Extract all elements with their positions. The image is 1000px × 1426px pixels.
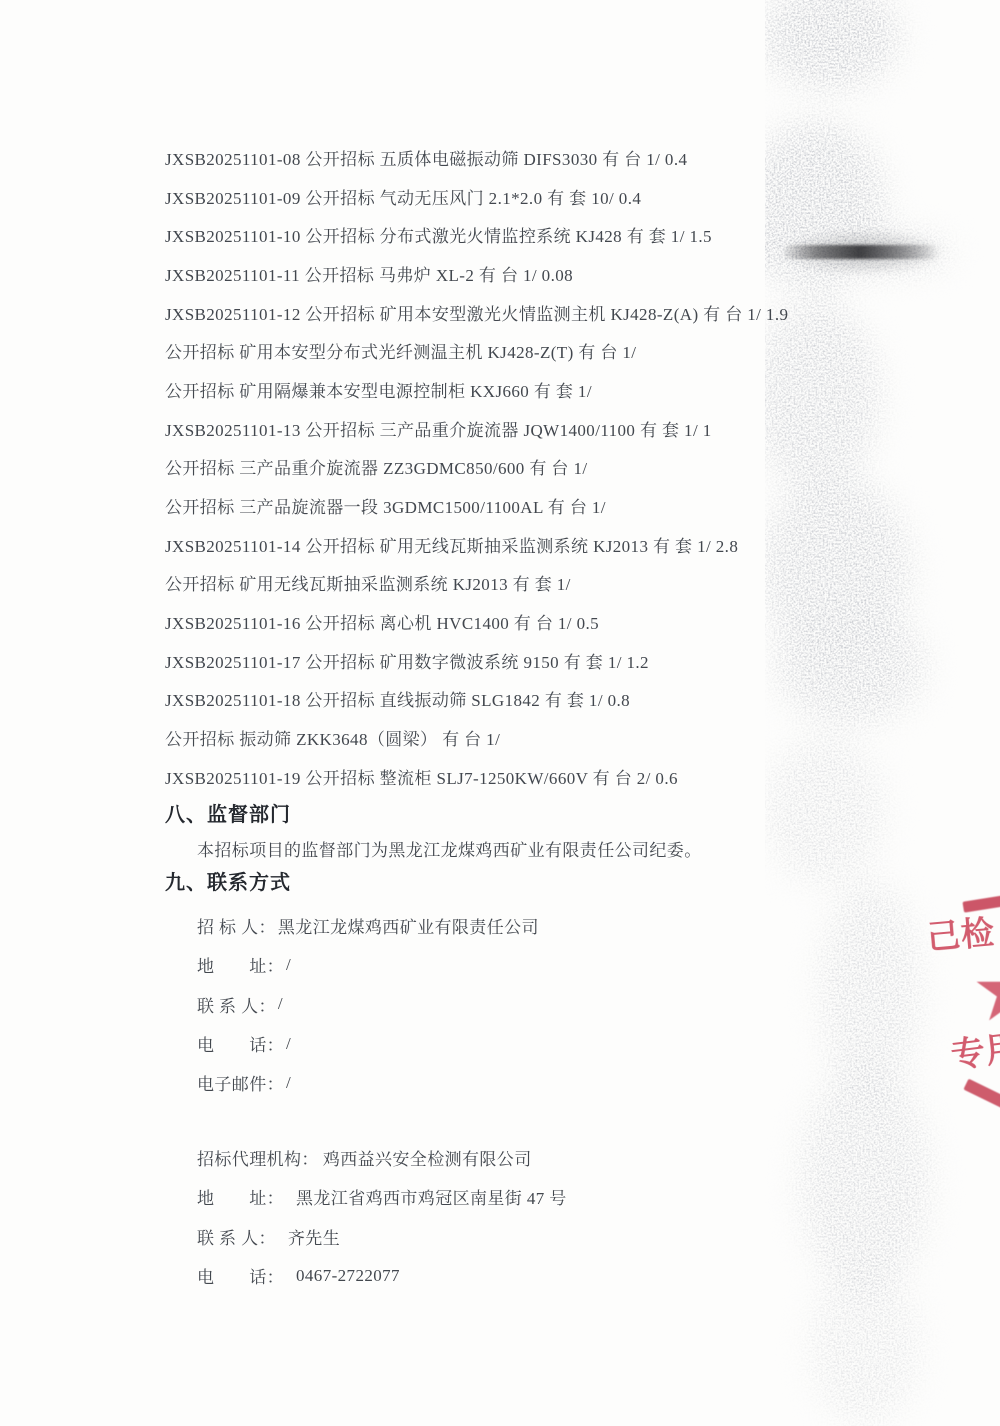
contact-value: 黑龙江省鸡西市鸡冠区南星街 47 号	[296, 1184, 567, 1209]
section-heading-supervision: 八、监督部门	[165, 798, 291, 827]
agency-contact-block: 招标代理机构：鸡西益兴安全检测有限公司 地 址：黑龙江省鸡西市鸡冠区南星街 47…	[197, 1138, 897, 1295]
contact-value: /	[286, 1073, 291, 1093]
tender-item: 公开招标 矿用隔爆兼本安型电源控制柜 KXJ660 有 套 1/	[165, 370, 885, 409]
contact-value: /	[278, 994, 283, 1014]
contact-label: 招 标 人：	[197, 913, 276, 938]
contact-row-person: 联 系 人：/	[197, 985, 897, 1024]
contact-row-phone: 电 话：/	[197, 1024, 897, 1063]
contact-label: 联 系 人：	[197, 1224, 276, 1249]
contact-label: 电 话：	[197, 1031, 284, 1056]
tender-item: JXSB20251101-09 公开招标 气动无压风门 2.1*2.0 有 套 …	[165, 177, 885, 216]
contact-row-tenderer: 招 标 人：黑龙江龙煤鸡西矿业有限责任公司	[197, 906, 897, 945]
contact-label: 联 系 人：	[197, 992, 276, 1017]
contact-value: 0467-2722077	[296, 1266, 400, 1286]
tender-list: JXSB20251101-08 公开招标 五质体电磁振动筛 DIFS3030 有…	[165, 138, 885, 796]
agency-row-name: 招标代理机构：鸡西益兴安全检测有限公司	[197, 1138, 897, 1177]
tender-item: JXSB20251101-17 公开招标 矿用数字微波系统 9150 有 套 1…	[165, 641, 885, 680]
tender-item: JXSB20251101-08 公开招标 五质体电磁振动筛 DIFS3030 有…	[165, 138, 885, 177]
agency-row-address: 地 址：黑龙江省鸡西市鸡冠区南星街 47 号	[197, 1177, 897, 1216]
contact-value: 黑龙江龙煤鸡西矿业有限责任公司	[278, 913, 539, 938]
contact-label: 招标代理机构：	[197, 1145, 319, 1170]
scanned-document-page: JXSB20251101-08 公开招标 五质体电磁振动筛 DIFS3030 有…	[0, 0, 1000, 1426]
supervision-body: 本招标项目的监督部门为黑龙江龙煤鸡西矿业有限责任公司纪委。	[197, 836, 702, 861]
contact-value: 齐先生	[288, 1224, 340, 1249]
tender-item: JXSB20251101-10 公开招标 分布式激光火情监控系统 KJ428 有…	[165, 215, 885, 254]
tender-item: JXSB20251101-19 公开招标 整流柜 SLJ7-1250KW/660…	[165, 757, 885, 796]
tender-item: 公开招标 三产品重介旋流器 ZZ3GDMC850/600 有 台 1/	[165, 448, 885, 487]
tender-item: 公开招标 矿用本安型分布式光纤测温主机 KJ428-Z(T) 有 台 1/	[165, 331, 885, 370]
tender-item: JXSB20251101-13 公开招标 三产品重介旋流器 JQW1400/11…	[165, 409, 885, 448]
contact-value: /	[286, 1034, 291, 1054]
seal-top-arc	[962, 894, 1000, 912]
tender-item: 公开招标 矿用无线瓦斯抽采监测系统 KJ2013 有 套 1/	[165, 564, 885, 603]
tender-item: JXSB20251101-11 公开招标 马弗炉 XL-2 有 台 1/ 0.0…	[165, 254, 885, 293]
tenderer-contact-block: 招 标 人：黑龙江龙煤鸡西矿业有限责任公司 地 址：/ 联 系 人：/ 电 话：…	[197, 906, 897, 1102]
tender-item: JXSB20251101-18 公开招标 直线振动筛 SLG1842 有 套 1…	[165, 680, 885, 719]
seal-text-top: 己检	[926, 914, 997, 956]
contact-label: 地 址：	[197, 952, 284, 977]
tender-item: JXSB20251101-12 公开招标 矿用本安型激光火情监测主机 KJ428…	[165, 293, 885, 332]
tender-item: 公开招标 三产品旋流器一段 3GDMC1500/1100AL 有 台 1/	[165, 486, 885, 525]
tender-item: JXSB20251101-16 公开招标 离心机 HVC1400 有 台 1/ …	[165, 602, 885, 641]
seal-bottom-arc	[963, 1079, 1000, 1113]
seal-star-icon: ★	[971, 948, 1000, 1034]
contact-row-address: 地 址：/	[197, 945, 897, 984]
contact-label: 电子邮件：	[197, 1070, 284, 1095]
contact-value: 鸡西益兴安全检测有限公司	[323, 1145, 532, 1170]
tender-item: JXSB20251101-14 公开招标 矿用无线瓦斯抽采监测系统 KJ2013…	[165, 525, 885, 564]
seal-text-bottom: 专用	[949, 1029, 1000, 1075]
contact-row-email: 电子邮件：/	[197, 1063, 897, 1102]
agency-row-phone: 电 话：0467-2722077	[197, 1256, 897, 1295]
tender-item: 公开招标 振动筛 ZKK3648（圆梁） 有 台 1/	[165, 718, 885, 757]
contact-label: 电 话：	[197, 1263, 284, 1288]
contact-value: /	[286, 955, 291, 975]
contact-label: 地 址：	[197, 1184, 284, 1209]
section-heading-contact: 九、联系方式	[165, 866, 291, 895]
agency-row-person: 联 系 人：齐先生	[197, 1217, 897, 1256]
